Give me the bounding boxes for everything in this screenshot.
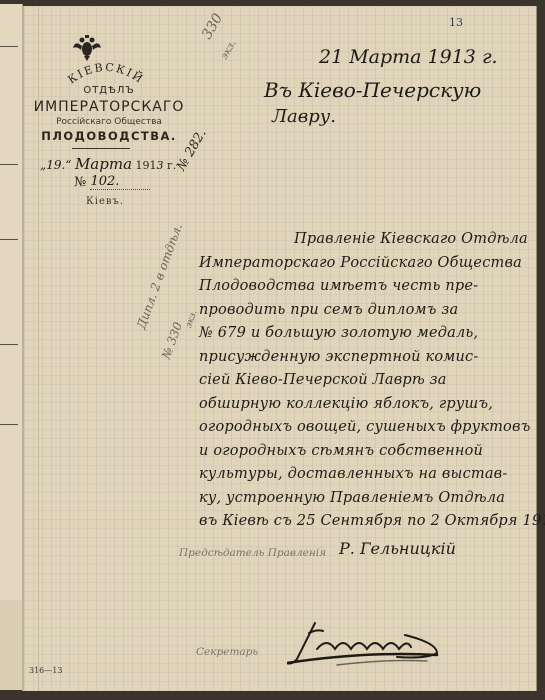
letterhead-society: Россійскаго Общества [24,117,194,127]
chairman-label: Предсѣдатель Правленія [179,547,326,559]
body-line: Правленіе Кіевскаго Отдѣла [199,231,544,255]
date-year-prefix: 191 [136,159,157,172]
date-month: Марта [75,155,132,173]
print-code: 316—13 [29,666,62,675]
secretary-label: Секретарь [196,646,258,658]
letterhead-number: № 102. [74,174,150,190]
margin-note-1: Дипл. 2 в отдѣл. [134,222,185,331]
letterhead-imperial: ИМПЕРАТОРСКАГО [24,99,194,115]
body-line: сіей Кіево-Печерской Лаврѣ за [199,372,544,396]
address-line-1: Въ Кіево-Печерскую [264,78,481,102]
date-day: „19.“ [40,158,71,172]
received-date: 21 Марта 1913 г. [319,46,498,68]
ruled-line [0,344,18,345]
number-value: 102. [90,174,119,189]
body-line: проводить при семъ дипломъ за [199,302,544,326]
secretary-signature-icon: Левашкинъ [287,619,457,669]
body-line: Императорскаго Россійскаго Общества [199,255,544,279]
body-line: обширную коллекцію яблокъ, грушъ, [199,396,544,420]
body-line: присужденную экспертной комис- [199,349,544,373]
letter-body: Правленіе Кіевскаго Отдѣла Императорскаг… [199,231,544,537]
arc-title-text: КІЕВСКІЙ [66,61,147,87]
ruled-line [0,164,18,165]
underlying-page-bottom [0,600,22,690]
margin-note-3: экз. [184,309,200,330]
body-line: и огородныхъ сѣмянъ собственной [199,443,544,467]
body-line: ку, устроенную Правленіемъ Отдѣла [199,490,544,514]
body-line: культуры, доставленныхъ на выстав- [199,466,544,490]
letterhead-date: „19.“ Марта 1913 г. [40,155,176,173]
letterhead-city: Кіевъ. [86,196,124,207]
address-line-2: Лавру. [272,106,336,127]
letter-page: КІЕВСКІЙ ОТДѢЛЪ ИМПЕРАТОРСКАГО Россійска… [22,6,536,691]
letterhead-organization: ПЛОДОВОДСТВА. [24,129,194,143]
body-line: огородныхъ овощей, сушеныхъ фруктовъ [199,419,544,443]
svg-text:КІЕВСКІЙ: КІЕВСКІЙ [66,61,147,87]
chairman-signature: Р. Гельницкій [339,539,456,558]
page-number-annotation: 13 [449,16,463,29]
body-line: Плодоводства имѣетъ честь пре- [199,278,544,302]
underlying-page-strip [0,4,23,604]
ruled-line [0,424,18,425]
body-line: въ Кіевѣ съ 25 Сентября по 2 Октября 191… [199,513,544,537]
ruled-line [0,46,18,47]
date-year-suffix: 3 [157,159,164,172]
body-line: № 679 и большую золотую медаль, [199,325,544,349]
ruled-line [0,239,18,240]
letterhead-rule [72,148,130,149]
letterhead-department: ОТДѢЛЪ [24,85,194,96]
number-label: № [74,175,86,190]
margin-note-2: № 330 [159,320,185,361]
pencil-count-annotation: 330 [199,11,226,42]
pencil-ekz-annotation: экз. [219,38,239,61]
